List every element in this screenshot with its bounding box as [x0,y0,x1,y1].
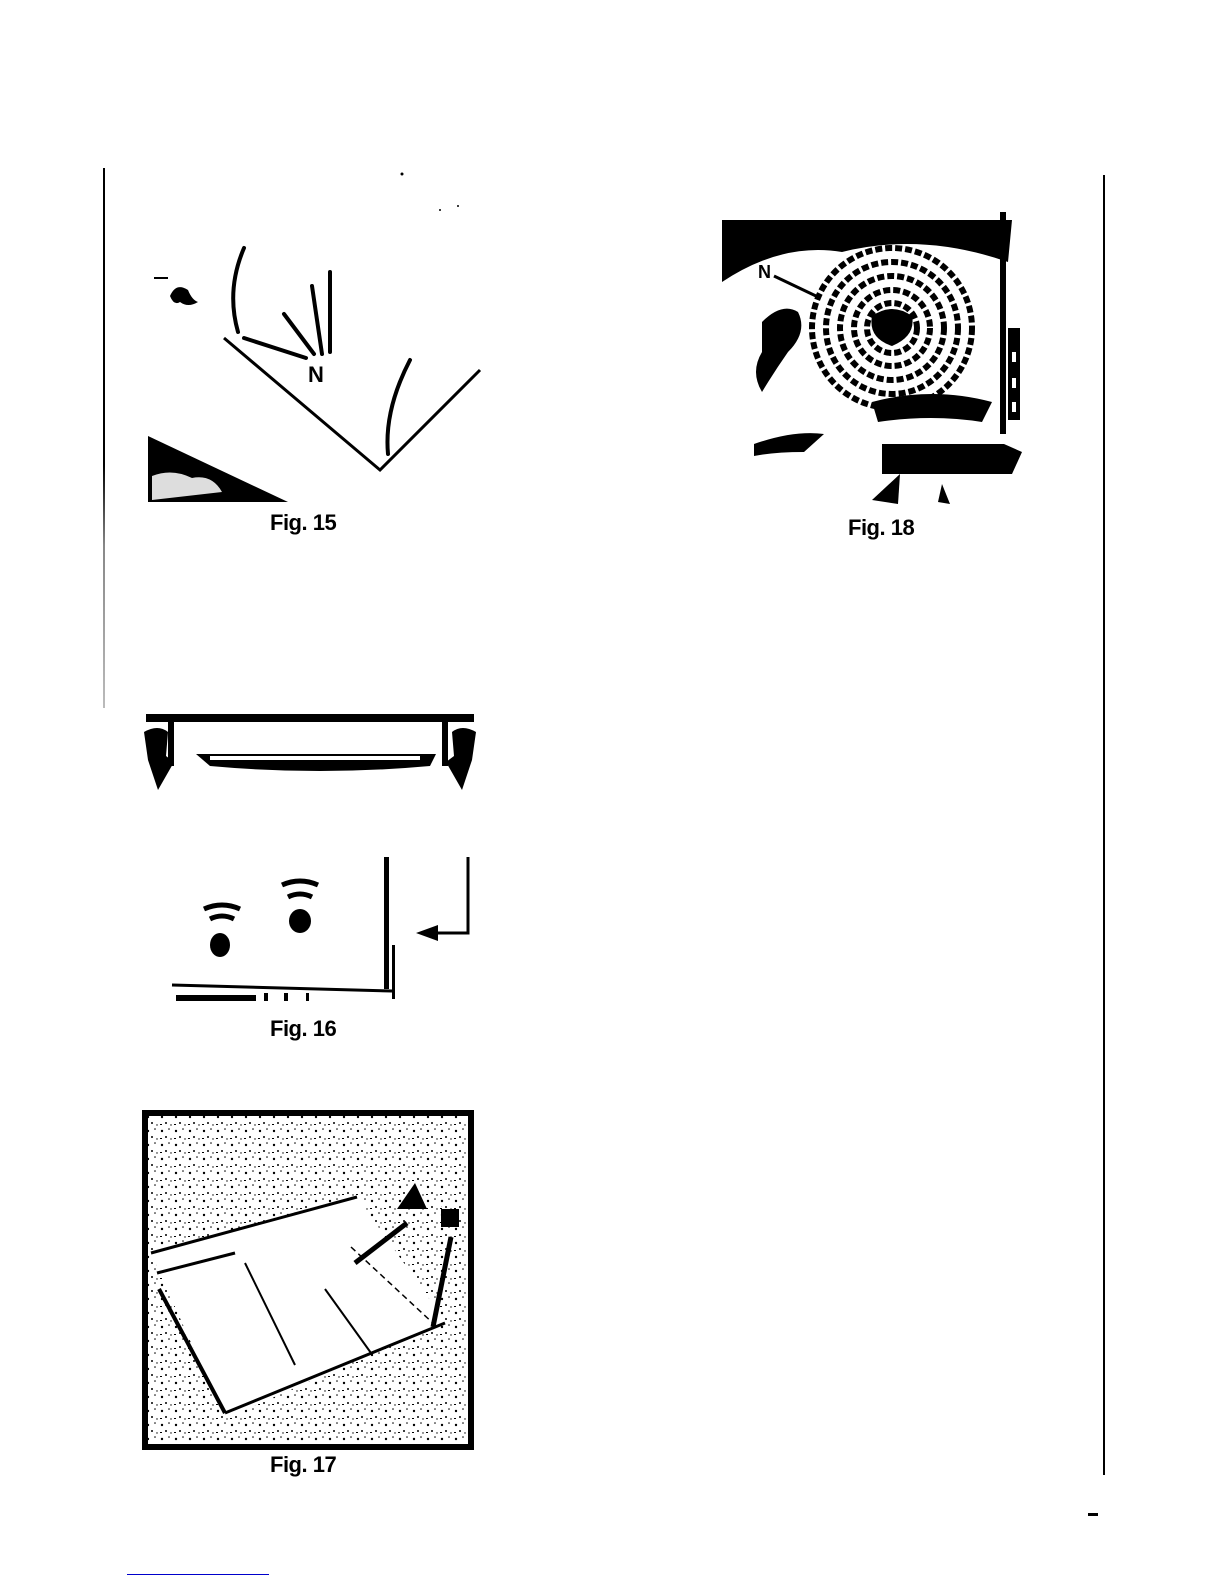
fig17-photo: A B [145,1113,471,1447]
arrow-left-icon [416,925,438,941]
bottom-link-underline [127,1574,269,1575]
fig15-caption: Fig. 15 [270,510,336,536]
fig18-caption: Fig. 18 [848,515,914,541]
fig16-filter-frame [140,710,480,790]
page-dash-mark [1088,1513,1098,1516]
screw-icon [289,909,311,933]
right-margin-rule [1103,175,1105,1475]
fig16-caption: Fig. 16 [270,1016,336,1042]
screw-icon [210,933,230,957]
fig18-photo: N [722,212,1032,508]
fig16-side-panel [140,855,480,1005]
fig18-callout-n: N [758,262,771,282]
left-margin-rule [103,168,105,708]
fig17-caption: Fig. 17 [270,1452,336,1478]
fig15-callout-n: N [308,362,324,387]
fig15-illustration: N [140,180,480,510]
